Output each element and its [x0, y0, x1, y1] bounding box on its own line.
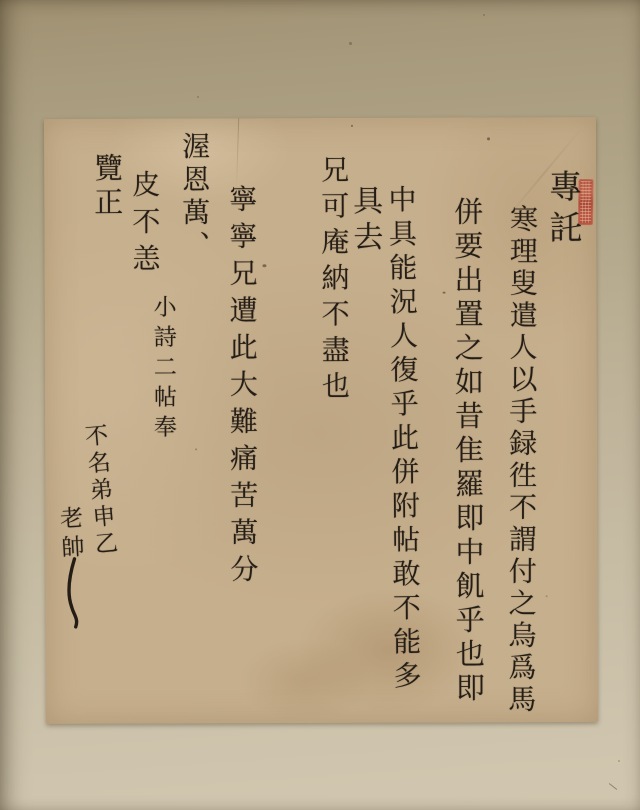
stain-speck [351, 125, 353, 127]
stain-speck [546, 595, 548, 597]
text-column-2: 併要出置之如昔隹羅即中飢乎也即 [452, 196, 483, 706]
text-column-4: 具去 [349, 185, 379, 257]
dust-speck [483, 14, 485, 16]
signature-main-column: 不名弟申乙 [81, 423, 116, 560]
text-column-heading: 專託 [547, 169, 580, 251]
letter-paper: 專託 寒理叟遣人以手録徃不謂付之烏爲馬 併要出置之如昔隹羅即中飢乎也即 中具能況… [44, 117, 598, 724]
text-column-9: 覽正 [92, 153, 121, 221]
paper-crease [236, 118, 239, 190]
stain-speck [262, 264, 266, 267]
ink-speck [487, 137, 490, 140]
ink-speck [443, 292, 446, 294]
stain-speck [195, 448, 197, 450]
signature-flourish-stroke [63, 557, 87, 629]
text-column-6: 寧寧兄遭此大難痛苦萬分 [227, 184, 256, 591]
text-column-3: 中具能況人復乎此併附帖敢不能多 [386, 185, 419, 695]
text-column-7-honorific: 渥恩萬、 [180, 131, 208, 263]
dust-speck [349, 42, 352, 45]
signature-side-column: 老帥 [56, 505, 82, 564]
text-column-5: 兄可庵納不盡也 [319, 155, 348, 407]
text-column-8: 皮不恙 [130, 170, 158, 281]
dust-speck [618, 760, 620, 762]
text-column-8b: 小詩二帖奉 [151, 295, 175, 445]
text-column-1: 寒理叟遣人以手録徃不謂付之烏爲馬 [506, 204, 536, 716]
hair-scratch [609, 783, 617, 790]
calligraphy-photo: 專託 寒理叟遣人以手録徃不謂付之烏爲馬 併要出置之如昔隹羅即中飢乎也即 中具能況… [0, 0, 640, 810]
dust-speck [197, 96, 199, 98]
